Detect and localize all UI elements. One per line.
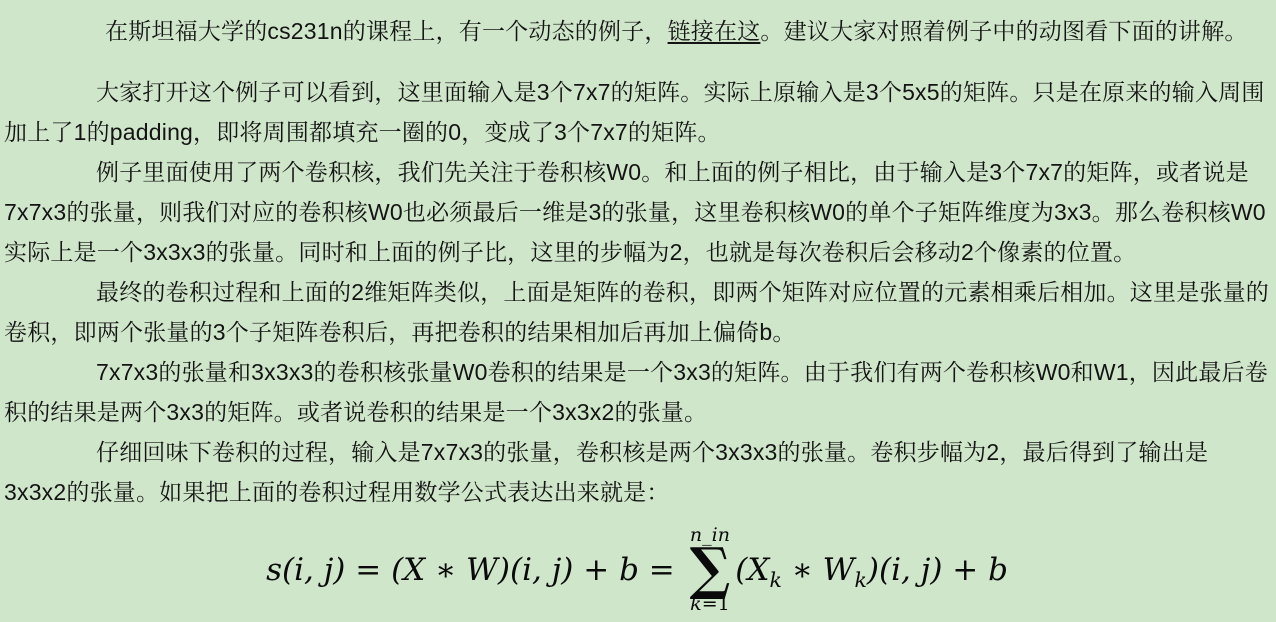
convolution-formula: s(i, j) = (X ∗ W)(i, j) + b = n_in ∑ k=1…	[4, 518, 1270, 622]
paragraph-conv-result: 7x7x3的张量和3x3x3的卷积核张量W0卷积的结果是一个3x3的矩阵。由于我…	[4, 352, 1270, 432]
cs231n-example-link[interactable]: 链接在这	[668, 18, 761, 44]
summation-symbol: n_in ∑ k=1	[690, 526, 731, 614]
article-body: 在斯坦福大学的cs231n的课程上，有一个动态的例子，链接在这。建议大家对照着例…	[0, 0, 1276, 622]
paragraph-intro-post: 。建议大家对照着例子中的动图看下面的讲解。	[760, 18, 1247, 44]
formula-rhs-open: (X	[735, 552, 769, 588]
paragraph-summary: 仔细回味下卷积的过程，输入是7x7x3的张量，卷积核是两个3x3x3的张量。卷积…	[4, 432, 1270, 512]
formula-rhs-close: )(i, j) + b	[867, 552, 1008, 588]
paragraph-intro-pre: 在斯坦福大学的cs231n的课程上，有一个动态的例子，	[105, 18, 668, 44]
formula-lhs: s(i, j) = (X ∗ W)(i, j) + b =	[266, 552, 685, 588]
sigma-icon: ∑	[690, 545, 731, 593]
paragraph-kernel-w0: 例子里面使用了两个卷积核，我们先关注于卷积核W0。和上面的例子相比，由于输入是3…	[4, 152, 1270, 272]
paragraph-conv-process: 最终的卷积过程和上面的2维矩阵类似，上面是矩阵的卷积，即两个矩阵对应位置的元素相…	[4, 272, 1270, 352]
formula-rhs-mid: ∗ W	[782, 552, 855, 588]
paragraph-intro: 在斯坦福大学的cs231n的课程上，有一个动态的例子，链接在这。建议大家对照着例…	[4, 11, 1270, 51]
formula-rhs-sub2: k	[855, 568, 867, 592]
formula-rhs: (Xk ∗ Wk)(i, j) + b	[735, 552, 1008, 588]
formula-rhs-sub1: k	[769, 568, 781, 592]
paragraph-input-padding: 大家打开这个例子可以看到，这里面输入是3个7x7的矩阵。实际上原输入是3个5x5…	[4, 72, 1270, 152]
